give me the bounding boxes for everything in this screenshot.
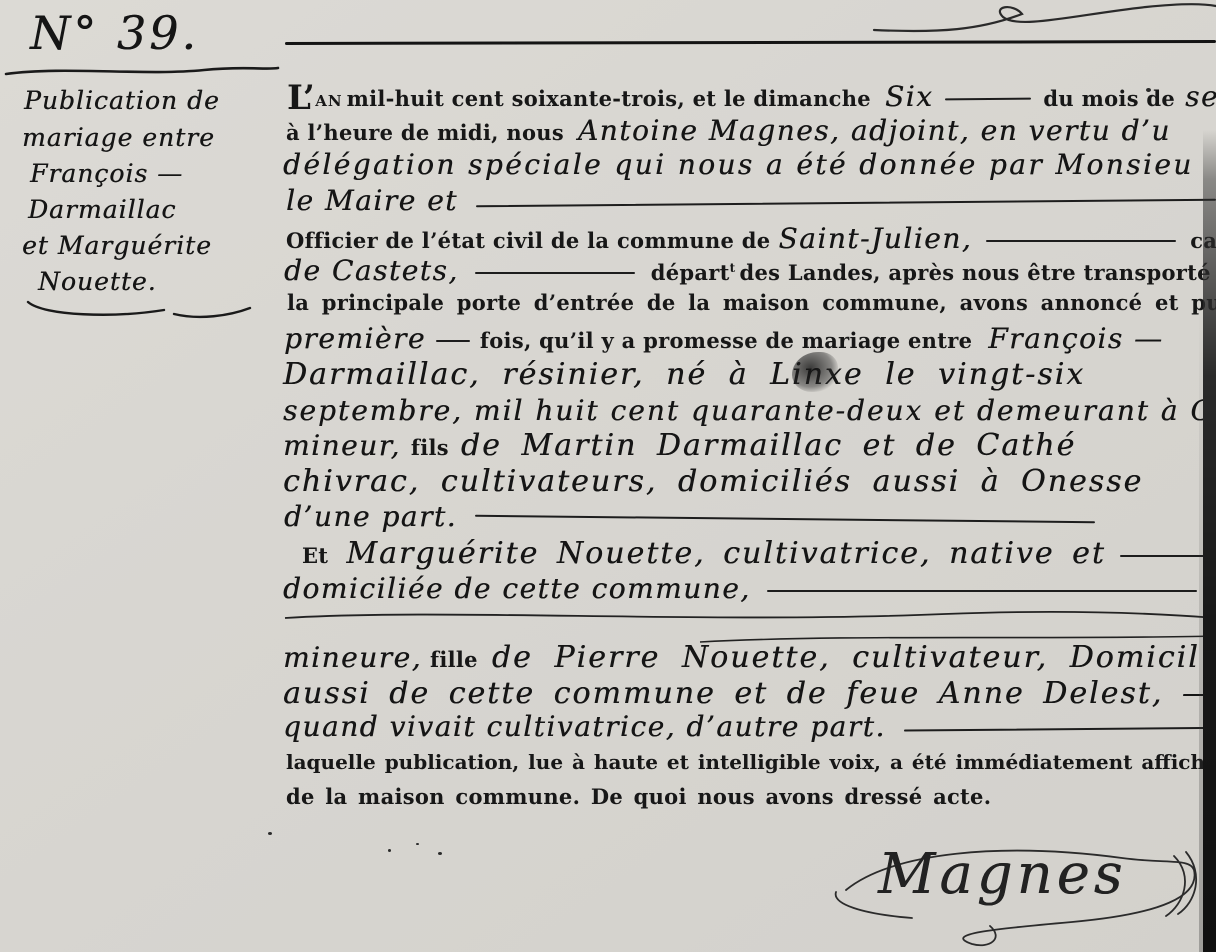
margin-note-line: mariage entre [22,123,215,152]
handwritten-groom-firstname: François — [988,322,1163,355]
printed-dropcap: L’ [287,78,315,118]
printed-text: fois, qu’il y a promesse de mariage entr… [480,328,972,353]
handwritten-bride-father: de Pierre Nouette, cultivateur, Domicil [492,640,1200,675]
printed-text: Et [302,543,328,568]
margin-note-flourish [24,296,254,322]
handwritten-text: chivrac, cultivateurs, domiciliés aussi … [283,464,1143,499]
printed-text: fille [430,647,478,672]
handwritten-officer-name: Antoine Magnes, adjoint, en vertu d’u [578,114,1171,147]
handwritten-text: mineure, [283,641,422,674]
handwritten-text: quand vivait cultivatrice, d’autre part. [283,710,886,743]
margin-note-line: Nouette. [38,267,157,296]
handwritten-text: le Maire et [286,184,458,217]
handwritten-groom-parents: de Martin Darmaillac et de Cathé [461,428,1076,463]
ink-speck [268,832,272,835]
top-rule [285,40,1216,45]
handwritten-canton: de Castets, [284,254,459,287]
printed-text: départ [651,260,730,285]
printed-text: Officier de l’état civil de la commune d… [286,228,770,253]
page-gutter-edge [1203,130,1216,952]
margin-note-line: Darmaillac [28,195,176,224]
ink-speck [388,849,391,852]
handwritten-text: mineur, [283,429,401,462]
act-number-underline [4,58,280,82]
fill-stroke [475,515,1095,523]
printed-text: du mois de [1043,86,1175,111]
printed-text: an [315,92,342,110]
handwritten-text: septembre, mil huit cent quarante-deux e… [283,394,1216,427]
printed-text: la principale porte d’entrée de la maiso… [287,290,1216,315]
ink-speck [438,852,442,855]
printed-superscript: t [730,261,736,275]
fill-stroke [767,590,1197,592]
fill-stroke [986,240,1176,242]
margin-note-line: Publication de [24,86,220,115]
ink-speck [1146,88,1151,92]
printed-text: à l’heure de midi, nous [286,120,564,145]
ink-speck [416,843,419,845]
handwritten-day: Six [885,80,933,113]
document-scan: N° 39. Publication de mariage entre Fran… [0,0,1216,952]
printed-text: mil-huit cent soixante-trois, et le dima… [347,86,871,111]
handwritten-groom-line: Darmaillac, résinier, né à Linxe le ving… [283,357,1085,392]
signature-text: Magnes [878,842,1127,907]
fill-stroke [945,98,1031,101]
printed-text: fils [411,435,449,460]
fill-stroke [904,726,1216,731]
handwritten-text: d’une part. [284,500,457,533]
margin-note-line: François — [30,159,183,188]
handwritten-text: délégation spéciale qui nous a été donné… [283,148,1194,181]
handwritten-month: septemb [1185,80,1216,113]
handwritten-commune: Saint-Julien, [778,222,972,255]
margin-note-line: et Marguérite [22,231,212,260]
act-number: N° 39. [30,6,199,60]
printed-text: des Landes, après nous être transporté d… [739,260,1216,285]
handwritten-bride-line: Marguérite Nouette, cultivatrice, native… [346,536,1106,571]
printed-text: laquelle publication, lue à haute et int… [286,750,1216,774]
separator-stroke [285,604,1216,630]
fill-stroke [476,199,1216,207]
handwritten-ordinal: première [284,322,426,355]
fill-stroke [436,340,470,342]
handwritten-bride-mother: aussi de cette commune et de feue Anne D… [283,676,1214,711]
top-flourish-stroke [870,0,1216,40]
handwritten-text: domiciliée de cette commune, [283,572,751,605]
printed-text: de la maison commune. De quoi nous avons… [286,784,991,809]
fill-stroke [475,272,635,274]
